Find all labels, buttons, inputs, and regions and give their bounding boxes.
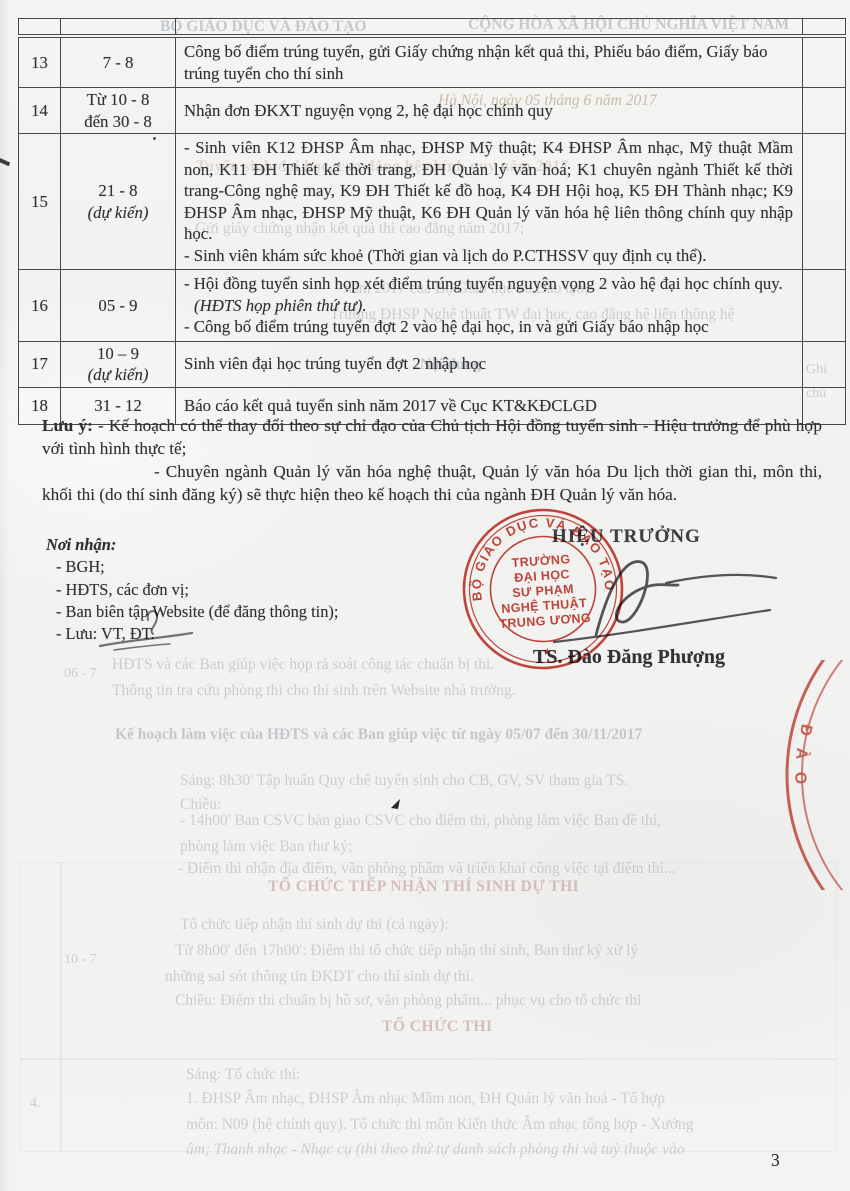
recipient-item: - HĐTS, các đơn vị; xyxy=(56,579,338,601)
table-row: 14 Từ 10 - 8 đến 30 - 8 Nhận đơn ĐKXT ng… xyxy=(19,88,846,134)
row-15-no: 15 xyxy=(19,134,61,270)
official-stamp: BỘ GIÁO DỤC VÀ ĐÀO TẠO ★ TRƯỜNG ĐẠI HỌC … xyxy=(453,499,632,678)
ink-dot xyxy=(153,137,156,140)
row-13-note-cell xyxy=(803,36,846,88)
row-14-date: Từ 10 - 8 đến 30 - 8 xyxy=(61,88,176,134)
notes-block: Lưu ý: - Kế hoạch có thể thay đổi theo s… xyxy=(42,414,822,506)
row-15-content: - Sinh viên K12 ĐHSP Âm nhạc, ĐHSP Mỹ th… xyxy=(176,134,803,270)
table-row: 13 7 - 8 Công bố điểm trúng tuyển, gửi G… xyxy=(19,36,846,88)
notes-label: Lưu ý: xyxy=(42,416,93,435)
page-number: 3 xyxy=(771,1150,780,1171)
row-17-note-cell xyxy=(803,341,846,387)
stamp-star: ★ xyxy=(543,647,553,659)
schedule-table: 13 7 - 8 Công bố điểm trúng tuyển, gửi G… xyxy=(18,18,846,425)
row-16-content: - Hội đồng tuyển sinh họp xét điểm trúng… xyxy=(176,270,803,342)
ghost-line: HĐTS và các Ban giúp việc họp rà soát cô… xyxy=(112,656,494,674)
recipient-item: - BGH; xyxy=(56,556,338,578)
ghost-line: phòng làm việc Ban thư ký; xyxy=(180,838,352,856)
table-row: 17 10 – 9 (dự kiến) Sinh viên đại học tr… xyxy=(19,341,846,387)
row-15-date: 21 - 8 (dự kiến) xyxy=(61,134,176,270)
ghost-table-line xyxy=(20,1058,837,1060)
ghost-line: những sai sót thông tin ĐKDT cho thí sin… xyxy=(165,968,474,986)
ghost-line: - Điểm thi nhận địa điểm, văn phòng phẩm… xyxy=(178,860,676,878)
table-row: 16 05 - 9 - Hội đồng tuyển sinh họp xét … xyxy=(19,270,846,342)
handwritten-flourish xyxy=(90,604,210,654)
ghost-line: âm; Thanh nhạc - Nhạc cụ (thi theo thứ t… xyxy=(186,1141,685,1159)
ink-dash xyxy=(0,158,10,167)
ghost-line: Sáng: 8h30' Tập huấn Quy chế tuyển sinh … xyxy=(180,772,628,790)
row-16-note-cell xyxy=(803,270,846,342)
recipients-heading: Nơi nhận: xyxy=(46,534,338,556)
table-row xyxy=(19,19,846,37)
ghost-heading: TỔ CHỨC TIẾP NHẬN THÍ SINH DỰ THI xyxy=(268,878,579,896)
row-16-date: 05 - 9 xyxy=(61,270,176,342)
row-14-content: Nhận đơn ĐKXT nguyện vọng 2, hệ đại học … xyxy=(176,88,803,134)
ghost-date: 06 - 7 xyxy=(64,666,97,682)
row-17-content: Sinh viên đại học trúng tuyển đợt 2 nhập… xyxy=(176,341,803,387)
row-17-date: 10 – 9 (dự kiến) xyxy=(61,341,176,387)
ghost-table-line xyxy=(60,862,62,1152)
ink-mark xyxy=(389,797,405,813)
svg-text:ĐÀO: ĐÀO xyxy=(791,723,815,798)
row-14-no: 14 xyxy=(19,88,61,134)
partial-stamp: ĐÀO xyxy=(757,660,850,890)
ghost-line: môn: N09 (hệ chính quy). Tổ chức thi môn… xyxy=(186,1116,694,1134)
scanned-document-page: BỘ GIÁO DỤC VÀ ĐÀO TẠO CỘNG HÒA XÃ HỘI C… xyxy=(0,0,850,1191)
notes-paragraph-2: - Chuyên ngành Quản lý văn hóa nghệ thuậ… xyxy=(42,460,822,506)
ghost-line: Thông tin tra cứu phòng thi cho thí sinh… xyxy=(112,682,516,700)
row-16-no: 16 xyxy=(19,270,61,342)
table-row: 15 21 - 8 (dự kiến) - Sinh viên K12 ĐHSP… xyxy=(19,134,846,270)
ghost-number: 4. xyxy=(30,1096,41,1112)
partial-stamp-text: ĐÀO xyxy=(791,723,815,798)
row-13-date: 7 - 8 xyxy=(61,36,176,88)
ghost-line: Chiều: Điểm thi chuẩn bị hồ sơ, văn phòn… xyxy=(175,992,641,1010)
row-13-content: Công bố điểm trúng tuyển, gửi Giấy chứng… xyxy=(176,36,803,88)
row-15-note-cell xyxy=(803,134,846,270)
ghost-line: Kế hoạch làm việc của HĐTS và các Ban gi… xyxy=(115,726,642,744)
ghost-line: Sáng: Tổ chức thi: xyxy=(186,1066,300,1084)
row-17-no: 17 xyxy=(19,341,61,387)
row-14-note-cell xyxy=(803,88,846,134)
row-13-no: 13 xyxy=(19,36,61,88)
ghost-date: 10 - 7 xyxy=(64,952,97,968)
ghost-line: 1. ĐHSP Âm nhạc, ĐHSP Âm nhạc Mầm non, Đ… xyxy=(186,1090,665,1108)
ghost-heading: TỔ CHỨC THI xyxy=(382,1018,493,1036)
ghost-line: - 14h00' Ban CSVC bàn giao CSVC cho điểm… xyxy=(180,812,661,830)
ghost-line: Từ 8h00' đến 17h00': Điểm thi tổ chức ti… xyxy=(175,942,638,960)
notes-paragraph-1: Lưu ý: - Kế hoạch có thể thay đổi theo s… xyxy=(42,414,822,460)
ghost-line: Tổ chức tiếp nhận thí sinh dự thi (cả ng… xyxy=(180,916,449,934)
